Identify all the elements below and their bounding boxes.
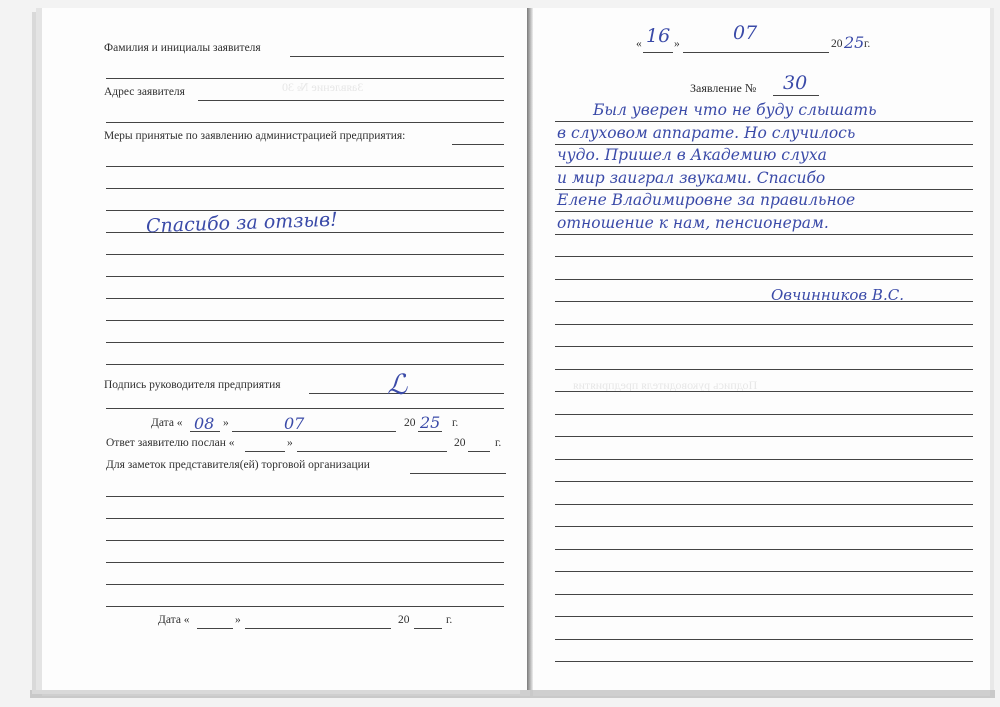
bottom-date-label: Дата « bbox=[158, 614, 190, 626]
complaint-text-line: и мир заиграл звуками. Спасибо bbox=[557, 169, 825, 187]
date-month-field[interactable] bbox=[232, 431, 396, 432]
measures-line[interactable] bbox=[106, 298, 504, 299]
applicant-address-field-line2[interactable] bbox=[106, 122, 504, 123]
bottom-date-year-field[interactable] bbox=[414, 628, 442, 629]
complaint-line[interactable] bbox=[555, 661, 973, 662]
complaint-line[interactable] bbox=[555, 616, 973, 617]
complaint-line[interactable] bbox=[555, 256, 973, 257]
complaint-line[interactable] bbox=[555, 234, 973, 235]
notes-field[interactable] bbox=[410, 473, 506, 474]
measures-line[interactable] bbox=[106, 320, 504, 321]
complaint-line[interactable] bbox=[555, 189, 973, 190]
date-day-value: 16 bbox=[646, 25, 670, 47]
notes-line[interactable] bbox=[106, 584, 504, 585]
manager-signature-label: Подпись руководителя предприятия bbox=[104, 379, 281, 391]
applicant-name-field[interactable] bbox=[290, 56, 504, 57]
date-year-prefix: 20 bbox=[831, 38, 843, 50]
reply-year-prefix: 20 bbox=[454, 437, 466, 449]
bleed-through-text: Заявление № 30 bbox=[282, 80, 363, 95]
complaint-line[interactable] bbox=[555, 504, 973, 505]
complaint-line[interactable] bbox=[555, 166, 973, 167]
notes-line[interactable] bbox=[106, 606, 504, 607]
complaint-line[interactable] bbox=[555, 639, 973, 640]
date-quote: » bbox=[223, 417, 229, 429]
reply-year-unit: г. bbox=[495, 437, 501, 449]
signature-line2 bbox=[106, 408, 504, 409]
complaint-text-line: Елене Владимировне за правильное bbox=[557, 191, 855, 209]
complaint-line[interactable] bbox=[555, 369, 973, 370]
reply-month-field[interactable] bbox=[297, 451, 447, 452]
complaint-line[interactable] bbox=[555, 324, 973, 325]
date-day-field[interactable] bbox=[643, 52, 673, 53]
right-page: Подпись руководителя предприятия « 16 » … bbox=[533, 8, 990, 690]
measures-line[interactable] bbox=[106, 188, 504, 189]
measures-response-handwritten: Спасибо за отзыв! bbox=[146, 209, 338, 238]
measures-line[interactable] bbox=[106, 254, 504, 255]
complaint-line[interactable] bbox=[555, 436, 973, 437]
applicant-name-label: Фамилия и инициалы заявителя bbox=[104, 42, 261, 54]
date-month-value: 07 bbox=[284, 414, 304, 433]
measures-line[interactable] bbox=[106, 276, 504, 277]
left-page: Заявление № 30 Фамилия и инициалы заявит… bbox=[42, 8, 530, 690]
date-year-value: 25 bbox=[844, 33, 864, 52]
complaint-line[interactable] bbox=[555, 121, 973, 122]
complaint-line[interactable] bbox=[555, 526, 973, 527]
complaint-line[interactable] bbox=[555, 571, 973, 572]
bottom-date-quote: » bbox=[235, 614, 241, 626]
statement-number-value: 30 bbox=[783, 72, 807, 94]
complaint-line[interactable] bbox=[555, 481, 973, 482]
statement-number-field[interactable] bbox=[773, 95, 819, 96]
complaint-text-line: отношение к нам, пенсионерам. bbox=[557, 214, 829, 232]
complaint-text-line: в слуховом аппарате. Но случилось bbox=[557, 124, 855, 142]
complaint-line[interactable] bbox=[555, 211, 973, 212]
date-month-value: 07 bbox=[733, 22, 757, 44]
date-year-unit: г. bbox=[452, 417, 458, 429]
complaint-line[interactable] bbox=[555, 301, 973, 302]
reply-year-field[interactable] bbox=[468, 451, 490, 452]
notes-line[interactable] bbox=[106, 518, 504, 519]
date-month-field[interactable] bbox=[683, 52, 829, 53]
date-open-quote: « bbox=[636, 38, 642, 50]
notes-line[interactable] bbox=[106, 496, 504, 497]
complaint-line[interactable] bbox=[555, 144, 973, 145]
open-complaint-book: Заявление № 30 Фамилия и инициалы заявит… bbox=[0, 0, 1000, 707]
date-year-prefix: 20 bbox=[404, 417, 416, 429]
complaint-line[interactable] bbox=[555, 279, 973, 280]
complaint-line[interactable] bbox=[555, 459, 973, 460]
date-year-value: 25 bbox=[420, 413, 440, 432]
bottom-date-day-field[interactable] bbox=[197, 628, 233, 629]
applicant-name-field-line2[interactable] bbox=[106, 78, 504, 79]
reply-sent-label: Ответ заявителю послан « bbox=[106, 437, 234, 449]
book-edge bbox=[30, 690, 995, 698]
applicant-address-field[interactable] bbox=[198, 100, 504, 101]
applicant-address-label: Адрес заявителя bbox=[104, 86, 185, 98]
complaint-text-line: чудо. Пришел в Академию слуха bbox=[557, 146, 827, 164]
measures-line[interactable] bbox=[106, 364, 504, 365]
statement-label: Заявление № bbox=[690, 81, 756, 96]
complaint-text-line: Был уверен что не буду слышать bbox=[593, 101, 877, 119]
complaint-line[interactable] bbox=[555, 414, 973, 415]
manager-signature-handwritten: ℒ bbox=[387, 368, 407, 401]
date-close-quote: » bbox=[674, 38, 680, 50]
measures-line[interactable] bbox=[106, 166, 504, 167]
complaint-line[interactable] bbox=[555, 391, 973, 392]
applicant-signature: Овчинников В.С. bbox=[771, 286, 904, 304]
date-label: Дата « bbox=[151, 417, 183, 429]
notes-line[interactable] bbox=[106, 562, 504, 563]
notes-line[interactable] bbox=[106, 540, 504, 541]
complaint-line[interactable] bbox=[555, 549, 973, 550]
bottom-date-month-field[interactable] bbox=[245, 628, 391, 629]
reply-quote: » bbox=[287, 437, 293, 449]
complaint-line[interactable] bbox=[555, 346, 973, 347]
measures-label: Меры принятые по заявлению администрацие… bbox=[104, 130, 405, 142]
date-day-value: 08 bbox=[194, 414, 214, 433]
bottom-date-year-unit: г. bbox=[446, 614, 452, 626]
bottom-date-year-prefix: 20 bbox=[398, 614, 410, 626]
date-year-unit: г. bbox=[864, 38, 870, 50]
reply-day-field[interactable] bbox=[245, 451, 285, 452]
notes-label: Для заметок представителя(ей) торговой о… bbox=[106, 459, 370, 471]
measures-field[interactable] bbox=[452, 144, 504, 145]
measures-line[interactable] bbox=[106, 342, 504, 343]
complaint-line[interactable] bbox=[555, 594, 973, 595]
